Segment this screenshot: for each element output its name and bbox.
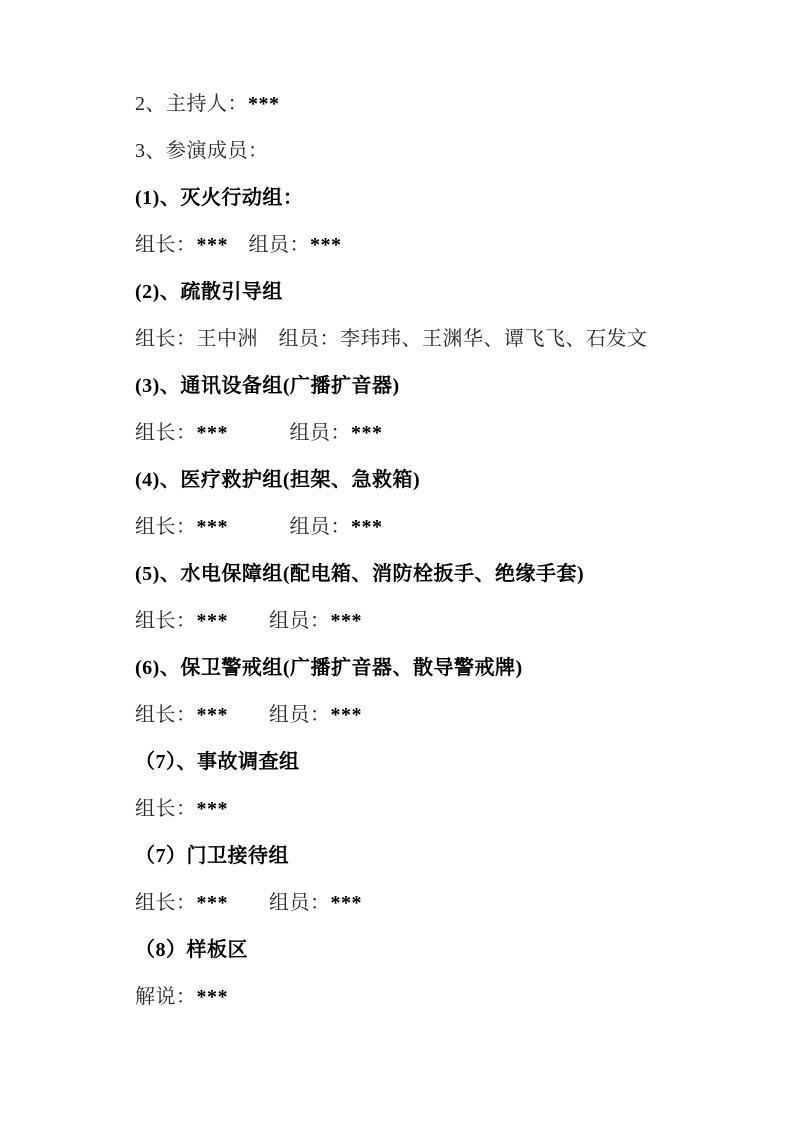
text-run: 组员： bbox=[269, 610, 331, 632]
group-7-members: 组长：*** bbox=[135, 786, 753, 833]
text-run: 李玮玮、王渊华、谭飞飞、石发文 bbox=[340, 328, 648, 350]
group-1-heading: (1)、灭火行动组： bbox=[135, 175, 753, 222]
host-line: 2、主持人：*** bbox=[135, 81, 753, 128]
emphasis-text-run: *** bbox=[197, 234, 229, 256]
text-run bbox=[228, 422, 290, 444]
group-7b-members: 组长：*** 组员：*** bbox=[135, 880, 753, 927]
emphasis-text-run: （8）样板区 bbox=[135, 939, 248, 961]
paragraph-list: 2、主持人：***3、参演成员：(1)、灭火行动组：组长：*** 组员：***(… bbox=[135, 81, 753, 1021]
text-run: 解说： bbox=[135, 986, 197, 1008]
emphasis-text-run: *** bbox=[197, 892, 229, 914]
text-run: 组员： bbox=[290, 422, 352, 444]
emphasis-text-run: (1)、灭火行动组： bbox=[135, 187, 303, 209]
text-run: 组长： bbox=[135, 234, 197, 256]
text-run: 组员： bbox=[269, 704, 331, 726]
text-run bbox=[258, 328, 279, 350]
emphasis-text-run: (2)、疏散引导组 bbox=[135, 281, 283, 303]
emphasis-text-run: (5)、水电保障组(配电箱、消防栓扳手、绝缘手套) bbox=[135, 563, 584, 585]
text-run: 3、参演成员： bbox=[135, 140, 269, 162]
emphasis-text-run: *** bbox=[197, 610, 229, 632]
group-6-heading: (6)、保卫警戒组(广播扩音器、散导警戒牌) bbox=[135, 645, 753, 692]
document-page: 2、主持人：***3、参演成员：(1)、灭火行动组：组长：*** 组员：***(… bbox=[0, 0, 793, 1122]
emphasis-text-run: *** bbox=[197, 422, 229, 444]
text-run: 组员： bbox=[249, 234, 311, 256]
text-run: 组员： bbox=[290, 516, 352, 538]
group-4-heading: (4)、医疗救护组(担架、急救箱) bbox=[135, 457, 753, 504]
text-run: 组员： bbox=[279, 328, 341, 350]
emphasis-text-run: *** bbox=[310, 234, 342, 256]
text-run bbox=[228, 516, 290, 538]
emphasis-text-run: *** bbox=[248, 93, 280, 115]
group-8-narrator: 解说：*** bbox=[135, 974, 753, 1021]
group-8-heading: （8）样板区 bbox=[135, 927, 753, 974]
emphasis-text-run: (4)、医疗救护组(担架、急救箱) bbox=[135, 469, 420, 491]
text-run: 2、主持人： bbox=[135, 93, 248, 115]
text-run bbox=[228, 892, 269, 914]
emphasis-text-run: *** bbox=[331, 610, 363, 632]
text-run: 组长： bbox=[135, 422, 197, 444]
text-run bbox=[228, 610, 269, 632]
text-run: 王中洲 bbox=[197, 328, 259, 350]
emphasis-text-run: *** bbox=[197, 986, 229, 1008]
emphasis-text-run: *** bbox=[197, 516, 229, 538]
emphasis-text-run: *** bbox=[197, 798, 229, 820]
emphasis-text-run: *** bbox=[197, 704, 229, 726]
text-run: 组长： bbox=[135, 704, 197, 726]
participants-title: 3、参演成员： bbox=[135, 128, 753, 175]
emphasis-text-run: *** bbox=[351, 422, 383, 444]
emphasis-text-run: (3)、通讯设备组(广播扩音器) bbox=[135, 375, 400, 397]
text-run: 组长： bbox=[135, 610, 197, 632]
group-1-members: 组长：*** 组员：*** bbox=[135, 222, 753, 269]
emphasis-text-run: *** bbox=[351, 516, 383, 538]
emphasis-text-run: （7）、事故调查组 bbox=[135, 751, 300, 773]
emphasis-text-run: *** bbox=[331, 892, 363, 914]
emphasis-text-run: （7）门卫接待组 bbox=[135, 845, 289, 867]
group-5-members: 组长：*** 组员：*** bbox=[135, 598, 753, 645]
group-3-members: 组长：*** 组员：*** bbox=[135, 410, 753, 457]
group-7b-heading: （7）门卫接待组 bbox=[135, 833, 753, 880]
text-run: 组长： bbox=[135, 892, 197, 914]
text-run: 组长： bbox=[135, 328, 197, 350]
group-4-members: 组长：*** 组员：*** bbox=[135, 504, 753, 551]
group-3-heading: (3)、通讯设备组(广播扩音器) bbox=[135, 363, 753, 410]
text-run bbox=[228, 234, 249, 256]
text-run bbox=[228, 704, 269, 726]
text-run: 组长： bbox=[135, 798, 197, 820]
group-2-heading: (2)、疏散引导组 bbox=[135, 269, 753, 316]
emphasis-text-run: (6)、保卫警戒组(广播扩音器、散导警戒牌) bbox=[135, 657, 523, 679]
text-run: 组长： bbox=[135, 516, 197, 538]
text-run: 组员： bbox=[269, 892, 331, 914]
group-7-heading: （7）、事故调查组 bbox=[135, 739, 753, 786]
group-5-heading: (5)、水电保障组(配电箱、消防栓扳手、绝缘手套) bbox=[135, 551, 753, 598]
emphasis-text-run: *** bbox=[331, 704, 363, 726]
group-2-members: 组长：王中洲 组员：李玮玮、王渊华、谭飞飞、石发文 bbox=[135, 316, 753, 363]
group-6-members: 组长：*** 组员：*** bbox=[135, 692, 753, 739]
